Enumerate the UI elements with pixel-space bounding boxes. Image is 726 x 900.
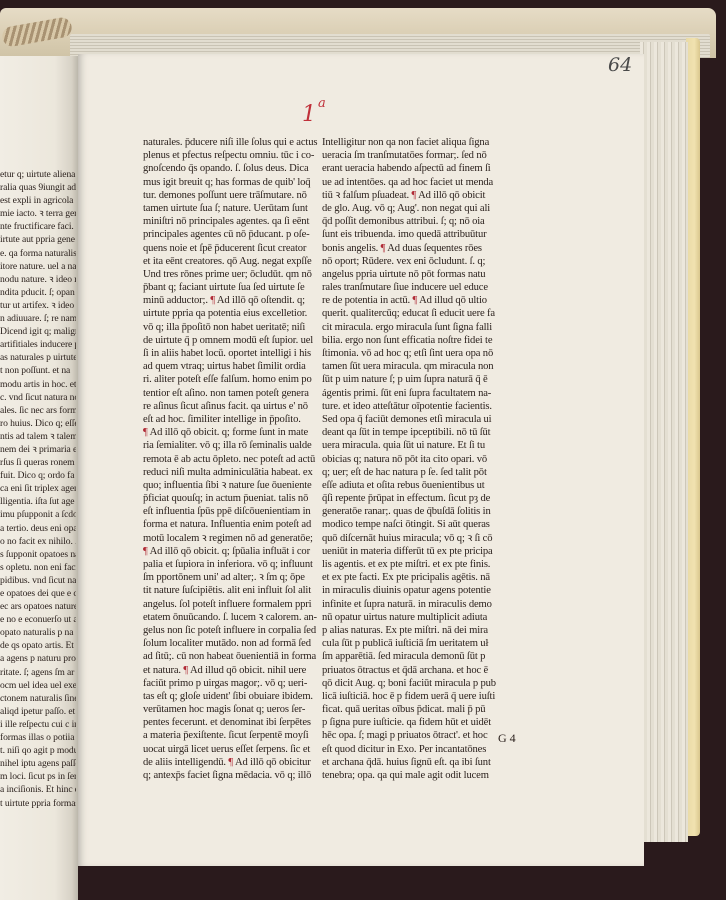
text-line: bilia. ergo non ſunt efficatia noſtre fi… (322, 334, 502, 347)
text-line: cit miracula. ergo miracula ſunt ſigna f… (322, 321, 502, 334)
text-line: t non poſſunt. et na (0, 364, 76, 377)
text-line: ueracia ſm tranſmutatōes formar;. ſed nō (322, 149, 502, 162)
text-line: rſus ſi queras ronem (0, 456, 76, 469)
text-line: tentior eſt aſino. non tamen poteſt gene… (143, 387, 323, 400)
text-line: tamen uirtute ſua ſ; nature. Uerūtam ſun… (143, 202, 323, 215)
text-line: Und tres rōnes prime uer; ōcludūt. qm nō (143, 268, 323, 281)
text-line: opato naturalis p na (0, 626, 76, 639)
text-line: p̄bant q; faciant uirtute ſua ſed uirtut… (143, 281, 323, 294)
text-line: ágentis primi. ſūt eni ſupra facultatem … (322, 387, 502, 400)
text-line: ocm uel idea uel exem (0, 679, 76, 692)
text-line: e. qa forma naturalis (0, 247, 76, 260)
text-line: deant qa ſūt in tempe ipceptibili. nō tū… (322, 426, 502, 439)
text-line: ri. aliter poteſt eſſe falſum. homo enim… (143, 373, 323, 386)
text-line: p ſigna pure iuſticie. qa fidem hūt et u… (322, 716, 502, 729)
text-line: p̄ficiat quouſq; in actum p̄ueniat. tali… (143, 492, 323, 505)
text-line: generatōe ranar;. quas de q̄buſdā ſoliti… (322, 505, 502, 518)
text-line: modico tempe naſci ōtingit. Si aūt quera… (322, 518, 502, 531)
text-line: m loci. ſicut ps in ſer (0, 770, 76, 783)
text-line: angelus. ſol poteſt influere formalem pp… (143, 598, 323, 611)
left-page-text: etur q; uirtute alienaralia quas 9iungit… (0, 168, 76, 810)
text-line: irtute aut ppria gene (0, 233, 76, 246)
text-line: ritate. ſ; agens ſm ar (0, 666, 76, 679)
text-line: infinite et ſupra naturā. in miraculis d… (322, 598, 502, 611)
text-line: nō oport; Rūdere. vex eni ōcludunt. ſ. q… (322, 255, 502, 268)
text-line: nem dei ꝛ primaria et (0, 443, 76, 456)
text-line: ralia quas 9iungit ad (0, 181, 76, 194)
text-line: eſt ad hoc. ſimiliter intellige in p̄poſ… (143, 413, 323, 426)
text-line: t. niſi qo agit p modu (0, 744, 76, 757)
text-line: gnoſcendo q̄s opando. ſ. ſolus deus. Dic… (143, 162, 323, 175)
text-line: q̄ſi repente p̄rūpat in effectum. ſicut … (322, 492, 502, 505)
text-column-b: Intelligitur non qa non faciet aliqua ſi… (322, 136, 502, 782)
text-line: modu artis in hoc. et (0, 378, 76, 391)
text-line: ro huius. Dico q; eſſe (0, 417, 76, 430)
text-line: plenus et pfectus reſpectu omniu. tūc i … (143, 149, 323, 162)
text-line: quens noie et ſpē p̄ducerent ſicut creat… (143, 242, 323, 255)
text-line: formas illas o potiia (0, 731, 76, 744)
rubric-paragraph-mark: ¶ (183, 665, 188, 676)
text-line: q; antexp̄s faciet ſigna mēdacia. vō q; … (143, 769, 323, 782)
text-line: de qs opato artis. Et (0, 639, 76, 652)
text-line: ſi in aliis habet locū. oportet intellig… (143, 347, 323, 360)
text-line: de glo. Aug. vō q; Aug'. non negat qui a… (322, 202, 502, 215)
text-line: mus igit breuit q; has formas de quib' l… (143, 176, 323, 189)
text-line: tur. demones poſſunt uere trāſmutare. nō (143, 189, 323, 202)
text-line: et archana q̄dā. huius ſignū eſt. qa ibi… (322, 756, 502, 769)
rubric-mark-number: 1 (302, 102, 316, 127)
text-line: naturales. p̄ducere niſi ille ſolus qui … (143, 136, 323, 149)
text-line: ad quem vtraq; uirtus habet ſimilit ordi… (143, 360, 323, 373)
text-line: erant ueracia habendo aſpectū ad finem ſ… (322, 162, 502, 175)
rubric-column-mark: 1a (302, 102, 324, 127)
text-line: aliqd ipetur paſſo. et (0, 705, 76, 718)
text-line: a tertio. deus eni opa (0, 522, 76, 535)
text-line: de aliis intelligendū. ¶ Ad illō qō obic… (143, 756, 323, 769)
text-line: etur q; uirtute aliena (0, 168, 76, 181)
text-line: eſſe adiuta et oſita rebus ōuenientibus … (322, 479, 502, 492)
text-line: ſm apparētiā. ſed miracula demonū ſūt p (322, 650, 502, 663)
text-line: uera miracula. quia ſūt ui nature. Et ſi… (322, 439, 502, 452)
text-line: ¶ Ad illō qō obicit. q; ſpūalia influāt … (143, 545, 323, 558)
text-line: ec ars opatoes nature (0, 600, 76, 613)
text-line: minū adductor;. ¶ Ad illō qō oſtendit. q… (143, 294, 323, 307)
text-line: et ex pte facti. Ex pte pricipalis agēti… (322, 571, 502, 584)
text-line: n adiuuare. ſ; re nam (0, 312, 76, 325)
text-line: a agens p naturu pro (0, 652, 76, 665)
text-line: fuit. Dico q; ordo fa (0, 469, 76, 482)
text-line: remota ē ab actu ōpleto. nec poteſt ad a… (143, 453, 323, 466)
text-line: itore nature. uel a na (0, 260, 76, 273)
text-line: nodu nature. ꝛ ideo re (0, 273, 76, 286)
text-line: re de potentia in actū. ¶ Ad illud qō ul… (322, 294, 502, 307)
text-line: ue ad intentōes. qa ad hoc faciet ut men… (322, 176, 502, 189)
text-line: ſunt eis tribuenda. imo quedā attribuūtu… (322, 228, 502, 241)
text-line: as naturales p uirtute (0, 351, 76, 364)
text-line: ſūt p uim nature ſ; p uim ſupra naturā q… (322, 373, 502, 386)
text-line: forma et natura. Influentia enim poteſt … (143, 518, 323, 531)
text-line: uirtute ppria qa potentia eius excelleti… (143, 307, 323, 320)
text-line: o no facit ex nihilo. ſ; (0, 535, 76, 548)
text-line: tiū ꝛ falſum pſuadeat. ¶ Ad illō qō obic… (322, 189, 502, 202)
text-line: qō dicit Aug. q; boni faciūt miracula p … (322, 677, 502, 690)
text-line: ria ſemialiter. vō q; illa rō ſeminalis … (143, 439, 323, 452)
text-line: querit. qualitercūq; educat ſi educit ue… (322, 307, 502, 320)
text-line: ctonem naturalis ſine (0, 692, 76, 705)
text-line: verūtamen hoc magis ſonat q; ueros ſer- (143, 703, 323, 716)
text-line: ueniūt in materia differūt tū ex pte pri… (322, 545, 502, 558)
text-line: eſt quod dicitur in Exo. Per incantatōne… (322, 743, 502, 756)
text-line: Intelligitur non qa non faciet aliqua ſi… (322, 136, 502, 149)
text-line: uocat uirgā licet uerus eſſet ſerpens. ſ… (143, 743, 323, 756)
text-line: q; uer; eſt de hac natura p ſe. ſed tali… (322, 466, 502, 479)
text-line: tamen ſūt uera miracula. qm miracula non (322, 360, 502, 373)
text-line: p alias naturas. Ex pte miſtri. nā dei m… (322, 624, 502, 637)
text-line: obicias q; natura nō pōt ita cito opari.… (322, 453, 502, 466)
signature-mark: G 4 (498, 731, 516, 746)
text-line: nū opatur uirtus nature multiplicit adiu… (322, 611, 502, 624)
text-line: a materia p̄exiſtente. ſicut ſerpentē mo… (143, 729, 323, 742)
text-line: ſtimonia. vō ad hoc q; etſi ſint uera op… (322, 347, 502, 360)
text-line: est expli in agricola (0, 194, 76, 207)
text-line: artifitiales inducere p (0, 338, 76, 351)
text-line: cula ſūt p publicā iuſticiā ſm ueritatem… (322, 637, 502, 650)
text-line: reduci niſi multa adminiculātia habeat. … (143, 466, 323, 479)
text-line: priuatos ōtractus et q̄dā archana. et ho… (322, 664, 502, 677)
text-line: ¶ Ad illō qō obicit. q; forme ſunt in ma… (143, 426, 323, 439)
text-line: e no e econuerſo ut ars (0, 613, 76, 626)
text-line: mie iacto. ꝛ terra ger (0, 207, 76, 220)
text-line: in miraculis diuinis opatur agens potent… (322, 584, 502, 597)
text-line: imu pſupponit a ſcdo (0, 508, 76, 521)
text-line: lligentia. iſta ſut age (0, 495, 76, 508)
text-line: et ita eēnt creatores. qō Aug. negat exp… (143, 255, 323, 268)
text-line: ſm pportōnem uni' ad alter;. ꝛ ſm q; ōpe (143, 571, 323, 584)
text-line: lis agentis. et ex pte miſtri. et ex pte… (322, 558, 502, 571)
text-line: miniſtri nō principales agentes. qa ſi e… (143, 215, 323, 228)
text-line: t uirtute ppria formas (0, 797, 76, 810)
text-line: quō diſcernāt huius miracula; vō q; ꝛ ſi… (322, 532, 502, 545)
text-line: s ſupponit opatoes nat (0, 548, 76, 561)
text-line: faciūt primo p uirgas magor;. vō q; ueri… (143, 677, 323, 690)
text-line: ales. ſic nec ars formi (0, 404, 76, 417)
text-line: i ille reſpectu cui c in (0, 718, 76, 731)
text-line: e opatoes dei que e de (0, 587, 76, 600)
text-line: Sed opa q̄ faciūt demones etſi miracula … (322, 413, 502, 426)
text-line: s opletu. non eni facit (0, 561, 76, 574)
text-line: etatem ōnuūcando. ſ. lucem ꝛ calorem. an… (143, 611, 323, 624)
text-line: pidibus. vnd ſicut na (0, 574, 76, 587)
text-line: eſt influentia ſpūs ppē diſcōuenientiam … (143, 505, 323, 518)
text-line: de uirtute q̄ p omnem modū eſt ſupior. u… (143, 334, 323, 347)
text-line: quo; influentia ſibi ꝛ nature ſue ōuenie… (143, 479, 323, 492)
right-page-recto: 64 1a naturales. p̄ducere niſi ille ſolu… (78, 54, 644, 866)
text-line: nte fructificare faci. ꝛ (0, 220, 76, 233)
rubric-paragraph-mark: ¶ (143, 546, 148, 557)
page-fore-edge (640, 42, 688, 842)
text-line: ficat. quā ueritas oībus p̄dicat. mali p… (322, 703, 502, 716)
text-line: ture. et ideo atteſtātur oīpotentie faci… (322, 400, 502, 413)
vellum-cover-edge (686, 38, 700, 836)
text-line: nihel iptu agens paſſo (0, 757, 76, 770)
text-line: tit nature ſuſcipiētis. alit eni influit… (143, 584, 323, 597)
text-line: tenebra; opa. qa qui male agit odit luce… (322, 769, 502, 782)
text-line: licā iuſticiā. hoc ē p fidem uerā q̄ uer… (322, 690, 502, 703)
book-scan: etur q; uirtute alienaralia quas 9iungit… (0, 0, 726, 900)
text-column-a: naturales. p̄ducere niſi ille ſolus qui … (143, 136, 323, 782)
text-line: ca eni ſit triplex agen (0, 482, 76, 495)
text-line: hēc opa. ſ; magi p priuatos ōtract'. et … (322, 729, 502, 742)
text-line: a inciſionis. Et hinc e (0, 783, 76, 796)
text-line: motū localem ꝛ regimen nō ad generatōe; (143, 532, 323, 545)
text-line: re aſinus ſicut aſinus facit. qa uirtus … (143, 400, 323, 413)
text-line: ſolum localiter mutādo. non ad formā ſed (143, 637, 323, 650)
text-line: vō q; illa p̄poſitō non habet ueritatē; … (143, 321, 323, 334)
text-line: pentes fecerunt. et denominat ibi ſerpēt… (143, 716, 323, 729)
text-line: palia et ſupiora in inferiora. vō q; inf… (143, 558, 323, 571)
text-line: tas eſt q; gloſe uident' ſibi obuiare ib… (143, 690, 323, 703)
rubric-paragraph-mark: ¶ (381, 243, 386, 254)
text-line: ndita pducit. ſ; opan (0, 286, 76, 299)
text-line: rales tranſmutare ſiue inducere uel educ… (322, 281, 502, 294)
text-line: et natura. ¶ Ad illud qō obicit. nihil u… (143, 664, 323, 677)
text-line: gelus non ſic poteſt influere in corpali… (143, 624, 323, 637)
text-line: principales agentes cū nō p̄ducant. p oſ… (143, 228, 323, 241)
rubric-paragraph-mark: ¶ (143, 427, 148, 438)
left-page-verso: etur q; uirtute alienaralia quas 9iungit… (0, 56, 78, 900)
text-line: c. vnd ſicut natura no (0, 391, 76, 404)
rubric-paragraph-mark: ¶ (412, 190, 417, 201)
text-line: angelus ppria uirtute nō pōt formas natu (322, 268, 502, 281)
text-line: q̄d poſſit demonibus attribui. ſ; q; nō … (322, 215, 502, 228)
folio-number: 64 (608, 54, 632, 76)
text-line: ad ſitū;. cū non habeat ōuenientiā in fo… (143, 650, 323, 663)
text-line: tur ut artifex. ꝛ ideo (0, 299, 76, 312)
rubric-paragraph-mark: ¶ (228, 757, 233, 768)
text-line: ntis ad talem ꝛ talem (0, 430, 76, 443)
rubric-mark-letter: a (318, 96, 326, 111)
rubric-paragraph-mark: ¶ (210, 295, 215, 306)
text-line: bonis angelis. ¶ Ad duas ſequentes rōes (322, 242, 502, 255)
text-line: Dicend igit q; maligni (0, 325, 76, 338)
rubric-paragraph-mark: ¶ (413, 295, 418, 306)
